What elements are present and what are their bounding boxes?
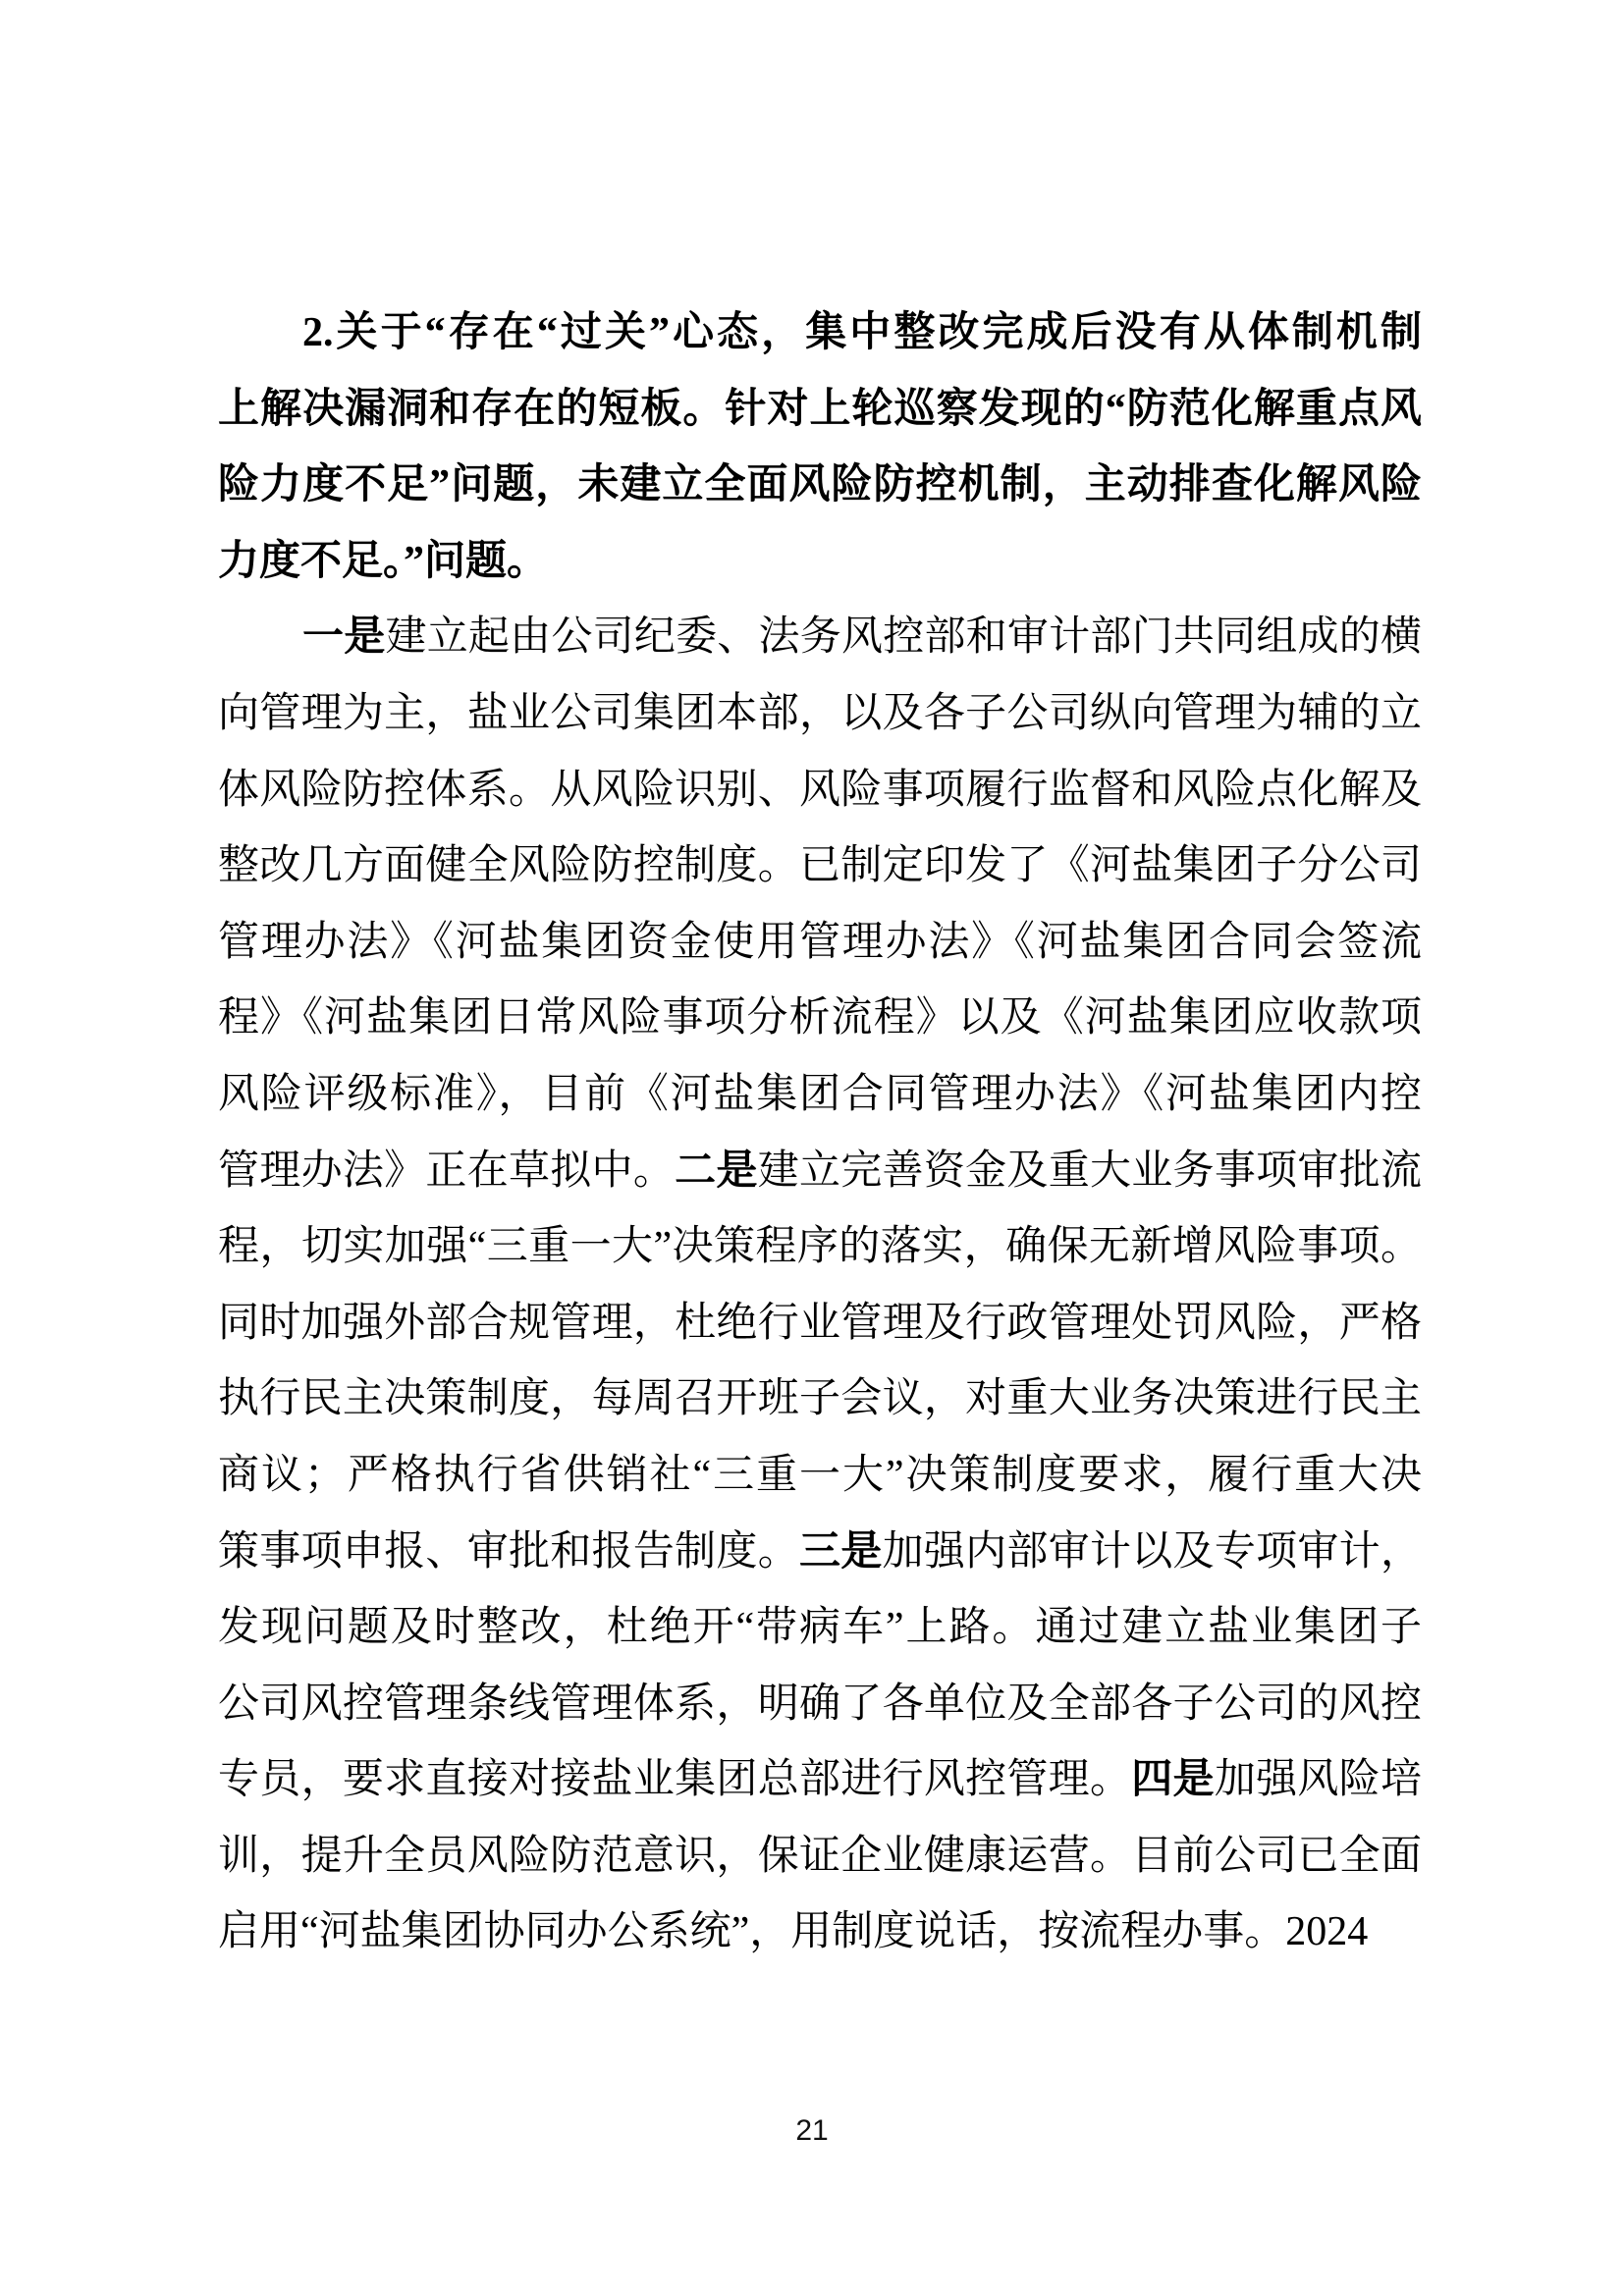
emphasis-text: 三是: [799, 1529, 883, 1575]
body-text: 建立起由公司纪委、法务风控部和审计部门共同组成的横: [385, 614, 1422, 660]
body-text: 加强风险培: [1215, 1757, 1422, 1802]
text-line: 2.关于“存在“过关”心态，集中整改完成后没有从体制机制: [218, 295, 1422, 372]
text-line: 管理办法》《河盐集团资金使用管理办法》《河盐集团合同会签流: [218, 905, 1422, 982]
text-line: 力度不足。”问题。: [218, 524, 1422, 601]
text-line: 同时加强外部合规管理，杜绝行业管理及行政管理处罚风险，严格: [218, 1286, 1422, 1362]
body-text: 同时加强外部合规管理，杜绝行业管理及行政管理处罚风险，严格: [218, 1301, 1422, 1346]
body-text: 策事项申报、审批和报告制度。: [218, 1529, 799, 1575]
text-line: 训，提升全员风险防范意识，保证企业健康运营。目前公司已全面: [218, 1819, 1422, 1896]
body-text: 发现问题及时整改，杜绝开“带病车”上路。通过建立盐业集团子: [218, 1605, 1422, 1650]
text-line: 整改几方面健全风险防控制度。已制定印发了《河盐集团子分公司: [218, 828, 1422, 905]
body-text: 风险评级标准》，目前《河盐集团合同管理办法》《河盐集团内控: [218, 1072, 1422, 1117]
text-line: 一是建立起由公司纪委、法务风控部和审计部门共同组成的横: [218, 600, 1422, 676]
page-number: 21: [0, 2114, 1624, 2148]
text-line: 上解决漏洞和存在的短板。针对上轮巡察发现的“防范化解重点风: [218, 372, 1422, 449]
body-text: 程》《河盐集团日常风险事项分析流程》以及《河盐集团应收款项: [218, 995, 1422, 1041]
text-line: 险力度不足”问题，未建立全面风险防控机制，主动排查化解风险: [218, 448, 1422, 524]
body-text: 训，提升全员风险防范意识，保证企业健康运营。目前公司已全面: [218, 1834, 1422, 1879]
text-line: 公司风控管理条线管理体系，明确了各单位及全部各子公司的风控: [218, 1667, 1422, 1743]
text-line: 体风险防控体系。从风险识别、风险事项履行监督和风险点化解及: [218, 753, 1422, 829]
text-line: 风险评级标准》，目前《河盐集团合同管理办法》《河盐集团内控: [218, 1057, 1422, 1134]
text-line: 策事项申报、审批和报告制度。三是加强内部审计以及专项审计，: [218, 1515, 1422, 1591]
emphasis-text: 力度不足。”问题。: [218, 539, 548, 584]
body-text: 管理办法》正在草拟中。: [218, 1148, 675, 1194]
emphasis-text: 二是: [675, 1148, 758, 1194]
text-line: 启用“河盐集团协同办公系统”，用制度说话，按流程办事。2024: [218, 1895, 1422, 1971]
text-line: 发现问题及时整改，杜绝开“带病车”上路。通过建立盐业集团子: [218, 1590, 1422, 1667]
document-body: 2.关于“存在“过关”心态，集中整改完成后没有从体制机制上解决漏洞和存在的短板。…: [218, 295, 1422, 1971]
text-line: 商议；严格执行省供销社“三重一大”决策制度要求，履行重大决: [218, 1438, 1422, 1515]
body-text: 体风险防控体系。从风险识别、风险事项履行监督和风险点化解及: [218, 768, 1422, 813]
text-line: 向管理为主，盐业公司集团本部，以及各子公司纵向管理为辅的立: [218, 676, 1422, 753]
emphasis-text: 2.关于“存在“过关”心态，集中整改完成后没有从体制机制: [302, 310, 1422, 355]
body-text: 执行民主决策制度，每周召开班子会议，对重大业务决策进行民主: [218, 1376, 1422, 1421]
body-text: 向管理为主，盐业公司集团本部，以及各子公司纵向管理为辅的立: [218, 691, 1422, 736]
text-line: 专员，要求直接对接盐业集团总部进行风控管理。四是加强风险培: [218, 1742, 1422, 1819]
body-text: 公司风控管理条线管理体系，明确了各单位及全部各子公司的风控: [218, 1682, 1422, 1727]
emphasis-text: 四是: [1131, 1757, 1215, 1802]
text-line: 管理办法》正在草拟中。二是建立完善资金及重大业务事项审批流: [218, 1134, 1422, 1210]
text-line: 程，切实加强“三重一大”决策程序的落实，确保无新增风险事项。: [218, 1209, 1422, 1286]
body-text: 商议；严格执行省供销社“三重一大”决策制度要求，履行重大决: [218, 1453, 1422, 1498]
body-text: 整改几方面健全风险防控制度。已制定印发了《河盐集团子分公司: [218, 843, 1422, 888]
body-text: 启用“河盐集团协同办公系统”，用制度说话，按流程办事。2024: [218, 1909, 1368, 1954]
document-page: 2.关于“存在“过关”心态，集中整改完成后没有从体制机制上解决漏洞和存在的短板。…: [0, 0, 1624, 2296]
text-line: 执行民主决策制度，每周召开班子会议，对重大业务决策进行民主: [218, 1362, 1422, 1438]
body-text: 专员，要求直接对接盐业集团总部进行风控管理。: [218, 1757, 1131, 1802]
emphasis-text: 险力度不足”问题，未建立全面风险防控机制，主动排查化解风险: [218, 462, 1422, 507]
body-text: 程，切实加强“三重一大”决策程序的落实，确保无新增风险事项。: [218, 1224, 1422, 1269]
body-text: 加强内部审计以及专项审计，: [883, 1529, 1422, 1575]
body-text: 管理办法》《河盐集团资金使用管理办法》《河盐集团合同会签流: [218, 920, 1422, 965]
emphasis-text: 上解决漏洞和存在的短板。针对上轮巡察发现的“防范化解重点风: [218, 387, 1422, 432]
emphasis-text: 一是: [302, 614, 385, 660]
body-text: 建立完善资金及重大业务事项审批流: [758, 1148, 1422, 1194]
text-line: 程》《河盐集团日常风险事项分析流程》以及《河盐集团应收款项: [218, 981, 1422, 1057]
